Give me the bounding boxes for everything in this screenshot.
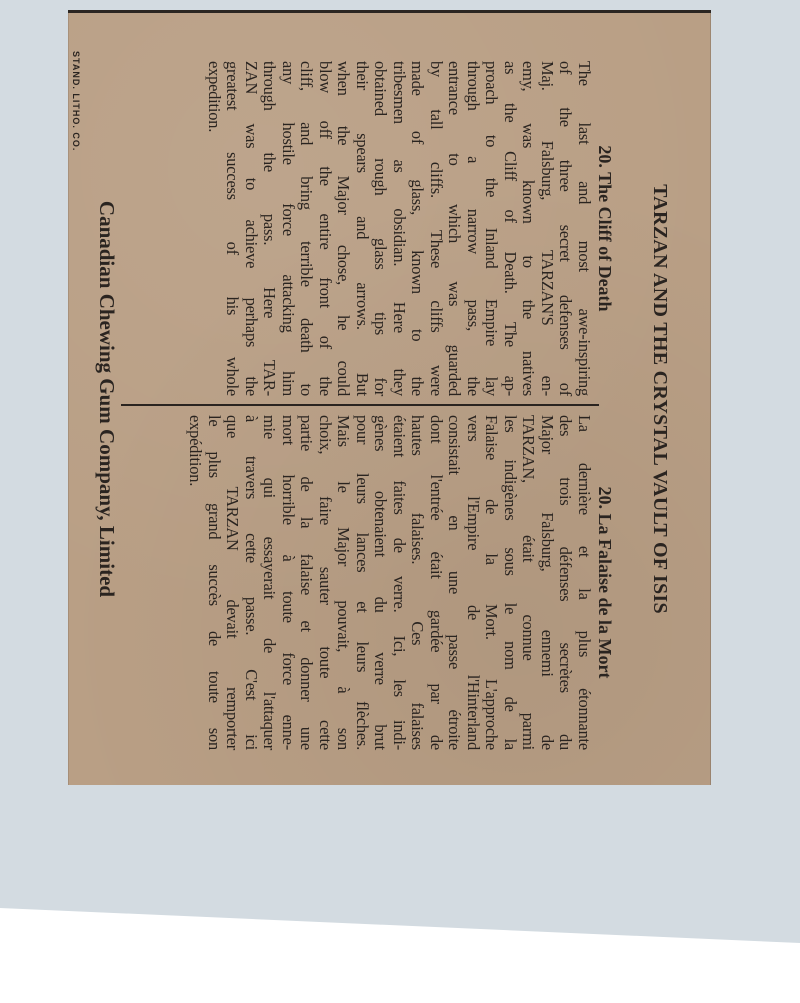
text-line: La dernière et la plus étonnante — [575, 415, 594, 750]
text-line: The last and most awe-inspiring — [575, 61, 594, 396]
text-line: expedition. — [205, 61, 224, 396]
text-line: entrance to which was guarded — [445, 61, 464, 396]
french-text: La dernière et la plus étonnantedes troi… — [186, 415, 593, 750]
text-line: any hostile force attacking him — [279, 61, 298, 396]
text-line: le plus grand succès de toute son — [205, 415, 224, 750]
text-line: mie qui essayerait de l'attaquer — [260, 415, 279, 750]
text-line: consistait en une passe étroite — [445, 415, 464, 750]
text-line: made of glass, known to the — [408, 61, 427, 396]
trading-card-back: TARZAN AND THE CRYSTAL VAULT OF ISIS 20.… — [68, 10, 711, 785]
text-line: cliff, and bring terrible death to — [297, 61, 316, 396]
text-line: Falaise de la Mort. L'approche — [482, 415, 501, 750]
text-line: choix, faire sauter toute cette — [316, 415, 335, 750]
english-column: 20. The Cliff of Death The last and most… — [205, 61, 616, 396]
text-line: expédition. — [186, 415, 205, 750]
english-text: The last and most awe-inspiringof the th… — [205, 61, 594, 396]
text-line: Major Falsburg, ennemi de — [538, 415, 557, 750]
text-line: hautes falaises. Ces falaises — [408, 415, 427, 750]
column-divider — [121, 404, 599, 406]
text-line: greatest success of his whole — [223, 61, 242, 396]
text-line: tribesmen as obsidian. Here they — [390, 61, 409, 396]
company-name: Canadian Chewing Gum Company, Limited — [94, 13, 119, 785]
french-card-title: 20. La Falaise de la Mort — [593, 415, 615, 750]
text-line: dont l'entrée était gardée par de — [427, 415, 446, 750]
text-line: partie de la falaise et donner une — [297, 415, 316, 750]
text-line: Mais le Major pouvait, à son — [334, 415, 353, 750]
text-line: que TARZAN devait remporter — [223, 415, 242, 750]
text-line: blow off the entire front of the — [316, 61, 335, 396]
text-line: of the three secret defenses of — [556, 61, 575, 396]
text-line: gènes obtenaient du verre brut — [371, 415, 390, 750]
text-line: TARZAN, était connue parmi — [519, 415, 538, 750]
text-line: as the Cliff of Death. The ap- — [501, 61, 520, 396]
text-line: étaient faites de verre. Ici, les indi- — [390, 415, 409, 750]
text-line: à travers cette passe. C'est ici — [242, 415, 261, 750]
text-line: when the Major chose, he could — [334, 61, 353, 396]
text-line: des trois défenses secrètes du — [556, 415, 575, 750]
text-line: mort horrible à toute force enne- — [279, 415, 298, 750]
english-card-title: 20. The Cliff of Death — [593, 61, 615, 396]
french-column: 20. La Falaise de la Mort La dernière et… — [186, 415, 615, 750]
text-line: Maj. Falsburg, TARZAN'S en- — [538, 61, 557, 396]
text-line: pour leurs lances et leurs flèches. — [353, 415, 372, 750]
text-line: proach to the Inland Empire lay — [482, 61, 501, 396]
text-line: by tall cliffs. These cliffs were — [427, 61, 446, 396]
text-line: les indigènes sous le nom de la — [501, 415, 520, 750]
text-line: through a narrow pass, the — [464, 61, 483, 396]
printer-credit: STAND. LITHO. CO. — [71, 51, 81, 151]
text-line: obtained rough glass tips for — [371, 61, 390, 396]
text-line: ZAN was to achieve perhaps the — [242, 61, 261, 396]
text-line: their spears and arrows. But — [353, 61, 372, 396]
card-content-rotated: TARZAN AND THE CRYSTAL VAULT OF ISIS 20.… — [68, 13, 711, 785]
series-title: TARZAN AND THE CRYSTAL VAULT OF ISIS — [648, 13, 671, 785]
text-line: vers l'Empire de l'Hinterland — [464, 415, 483, 750]
text-line: through the pass. Here TAR- — [260, 61, 279, 396]
text-line: emy, was known to the natives — [519, 61, 538, 396]
